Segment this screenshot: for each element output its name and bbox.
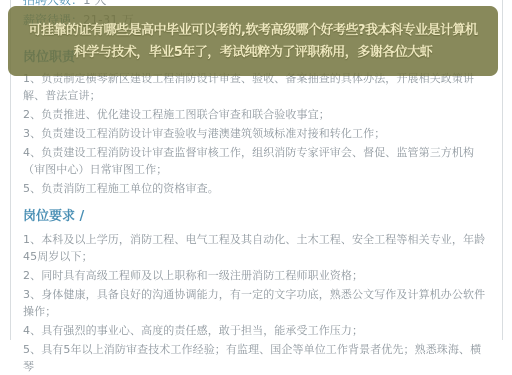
requirement-item-4: 4、具有强烈的事业心、高度的责任感，敢于担当，能承受工作压力； <box>23 322 490 339</box>
duty-item-5: 5、负责消防工程施工单位的资格审查。 <box>23 180 490 197</box>
question-caption-overlay: 可挂靠的证有哪些是高中毕业可以考的,软考高级哪个好考些?我本科专业是计算机 科学… <box>8 6 498 76</box>
duty-item-4: 4、负责建设工程消防设计审查监督审核工作，组织消防专家评审会、督促、监管第三方机… <box>23 144 490 178</box>
requirements-list: 1、本科及以上学历，消防工程、电气工程及其自动化、土木工程、安全工程等相关专业，… <box>23 231 490 340</box>
requirement-item-3: 3、身体健康，具备良好的沟通协调能力，有一定的文字功底，熟悉公文写作及计算机办公… <box>23 286 490 320</box>
requirement-item-1: 1、本科及以上学历，消防工程、电气工程及其自动化、土木工程、安全工程等相关专业，… <box>23 231 490 265</box>
caption-line-1: 可挂靠的证有哪些是高中毕业可以考的,软考高级哪个好考些?我本科专业是计算机 <box>29 20 478 41</box>
caption-line-2: 科学与技术，毕业5年了，考试纯粹为了评职称用，多谢各位大虾 <box>74 42 433 63</box>
duties-list: 1、负责制定横琴新区建设工程消防设计审查、验收、备案抽查的具体办法，开展相关政策… <box>23 70 490 197</box>
duty-item-3: 3、负责建设工程消防设计审查验收与港澳建筑领域标准对接和转化工作； <box>23 125 490 142</box>
requirements-section-title: 岗位要求 / <box>23 209 490 225</box>
requirement-item-2: 2、同时具有高级工程师及以上职称和一级注册消防工程师职业资格； <box>23 267 490 284</box>
duty-item-2: 2、负责推进、优化建设工程施工图联合审查和联合验收事宜； <box>23 106 490 123</box>
